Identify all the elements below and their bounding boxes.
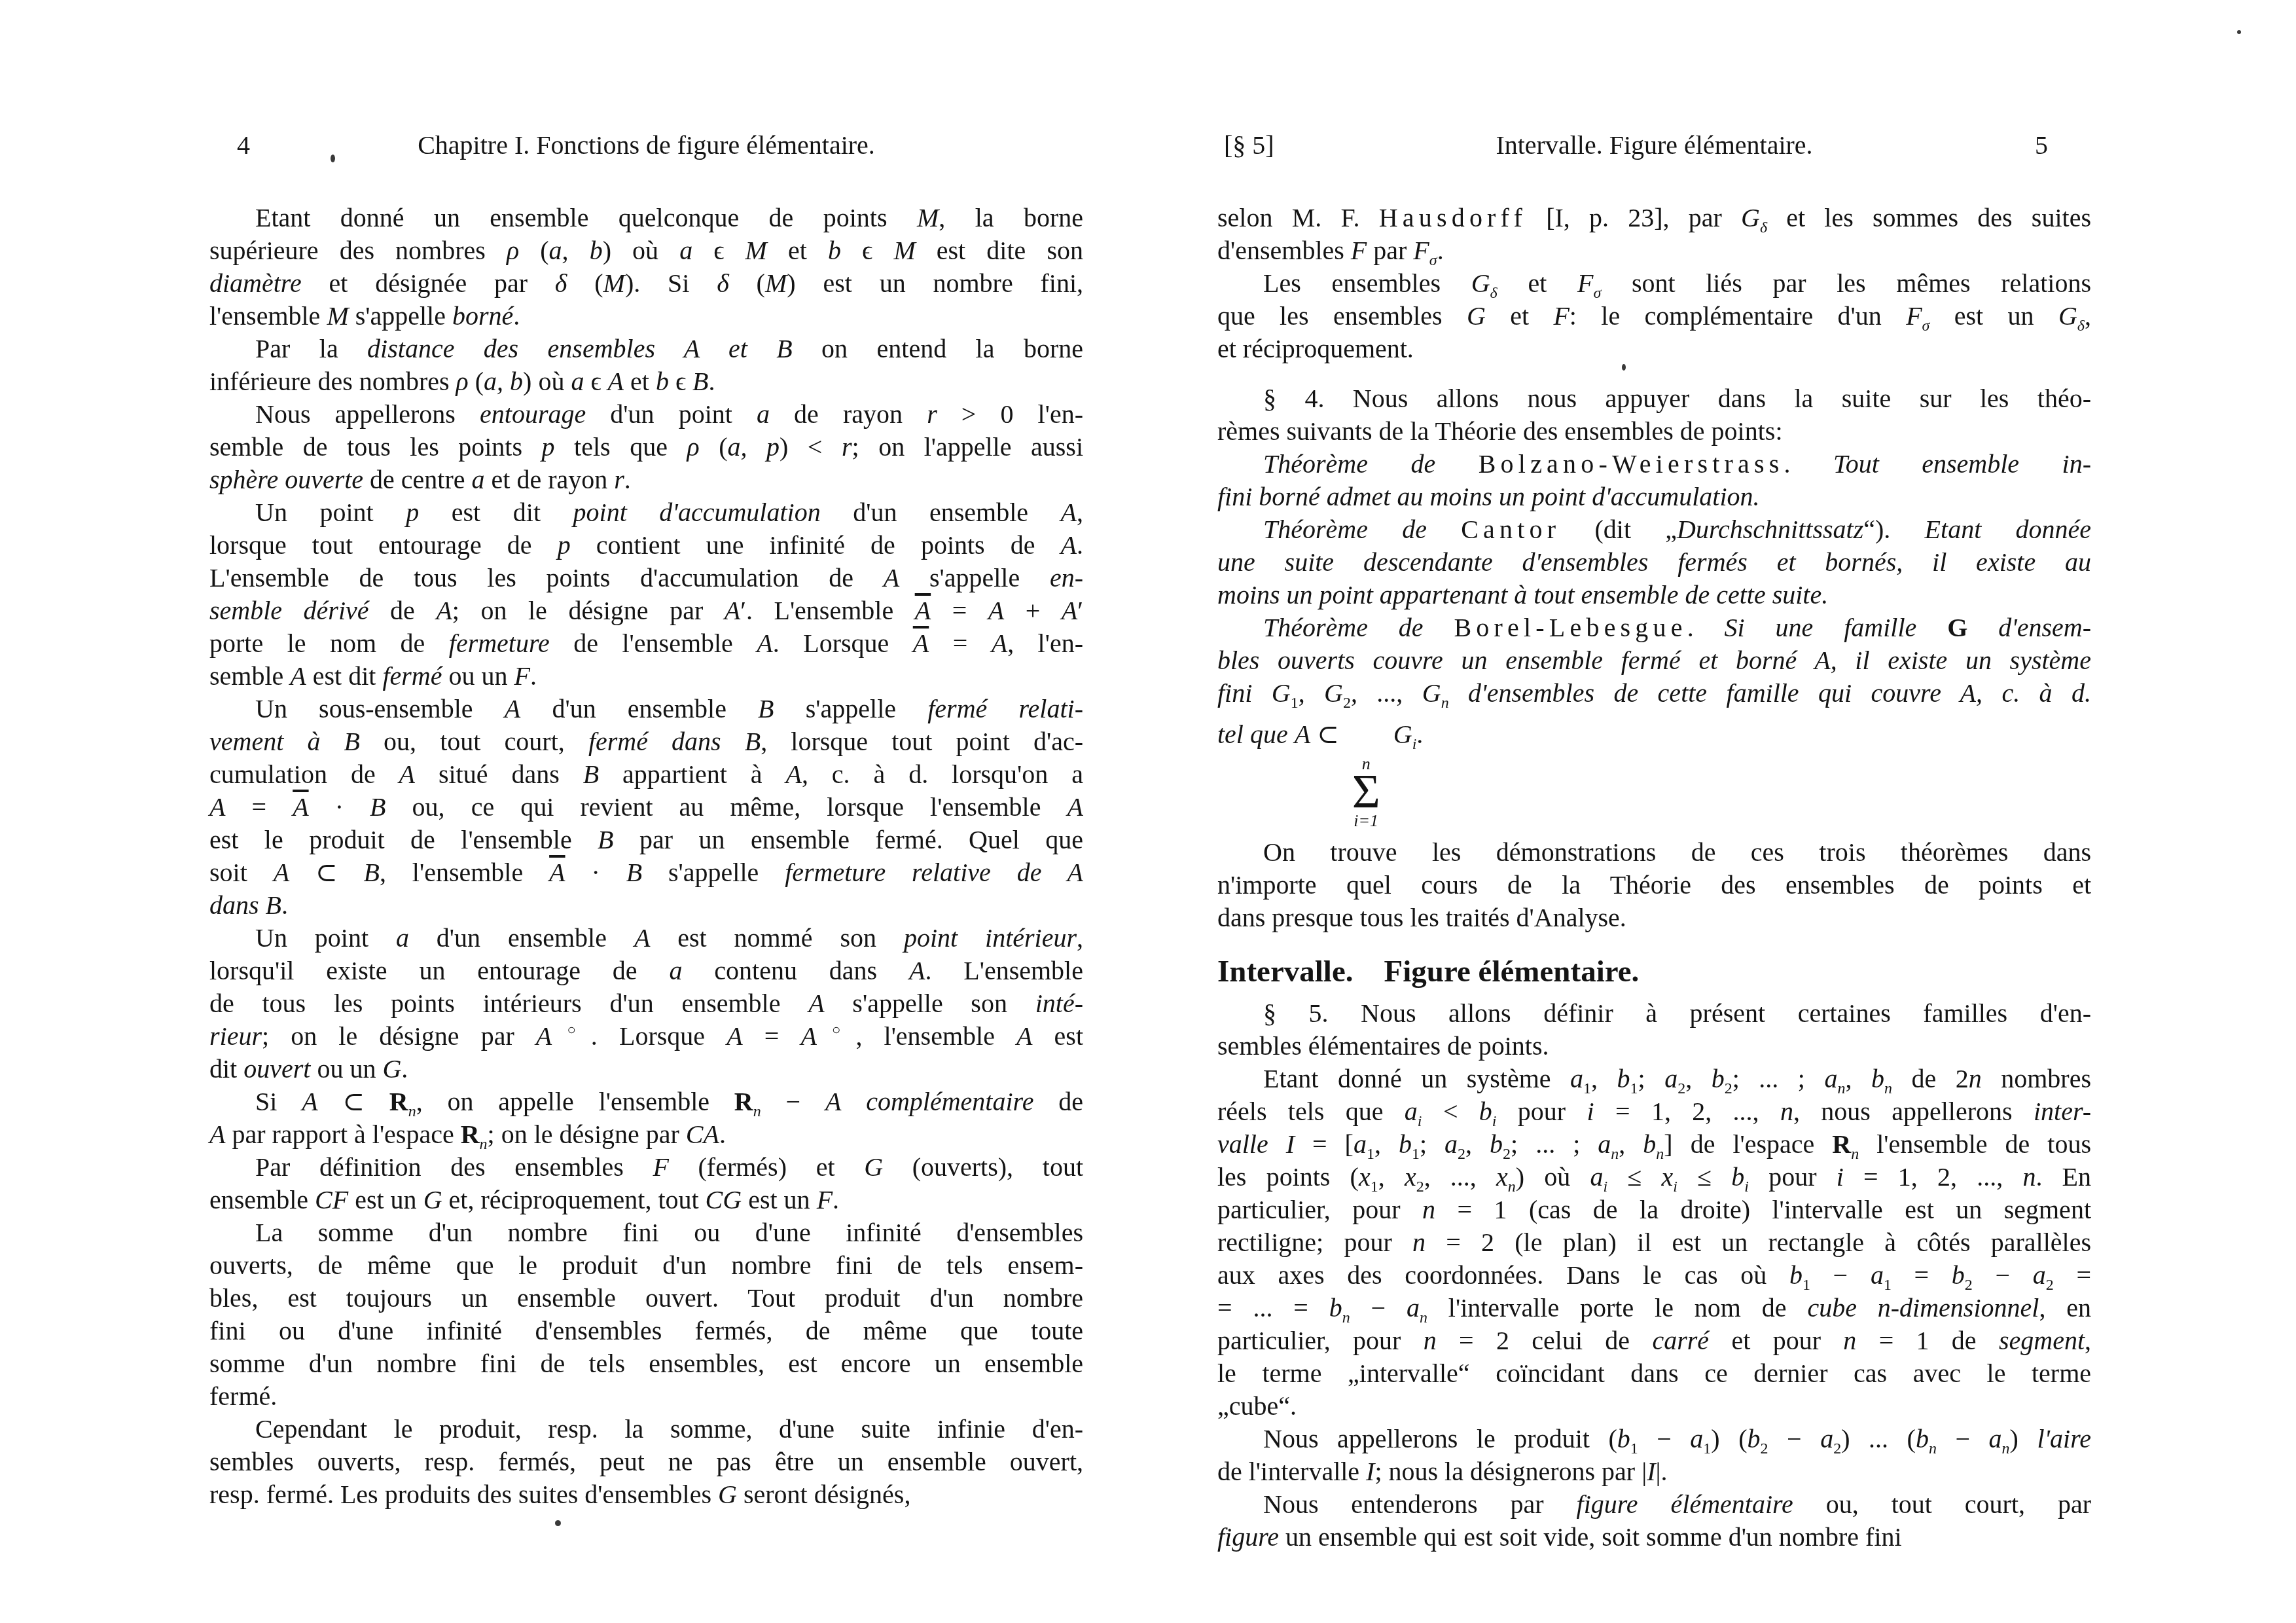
text-line: aux axes des coordonnées. Dans le cas où… — [1217, 1259, 2091, 1292]
text-line: Un point a d'un ensemble A est nommé son… — [209, 922, 1083, 955]
text-line: n'importe quel cours de la Théorie des e… — [1217, 869, 2091, 902]
text-line: l'ensemble M s'appelle borné. — [209, 300, 1083, 333]
text-line: fini G1, G2, ..., Gn d'ensembles de cett… — [1217, 677, 2091, 710]
text-line: L'ensemble de tous les points d'accumula… — [209, 562, 1083, 594]
text-line: et réciproquement. — [1217, 333, 2091, 365]
text-line: figure un ensemble qui est soit vide, so… — [1217, 1521, 2091, 1554]
text-line: Etant donné un système a1, b1; a2, b2; .… — [1217, 1063, 2091, 1095]
text-line: Cependant le produit, resp. la somme, d'… — [209, 1413, 1083, 1446]
text-line: d'ensembles F par Fσ. — [1217, 234, 2091, 267]
text-line: valle I = [a1, b1; a2, b2; ... ; an, bn]… — [1217, 1128, 2091, 1161]
text-line: A = A · B ou, ce qui revient au même, lo… — [209, 791, 1083, 824]
text-line: bles ouverts couvre un ensemble fermé et… — [1217, 644, 2091, 677]
right-page-body: selon M. F. Hausdorff [I, p. 23], par Gδ… — [1217, 202, 2091, 1554]
left-page: 4 Chapitre I. Fonctions de figure élémen… — [209, 0, 1083, 1623]
text-line: supérieure des nombres ρ (a, b) où a ϵ M… — [209, 234, 1083, 267]
right-running-head: [§ 5] Intervalle. Figure élémentaire. 5 — [1217, 128, 2091, 162]
section-heading: Intervalle. Figure élémentaire. — [1217, 951, 2091, 992]
text-line: semble de tous les points p tels que ρ (… — [209, 431, 1083, 464]
text-line: Nous appellerons entourage d'un point a … — [209, 398, 1083, 431]
text-line: lorsque tout entourage de p contient une… — [209, 529, 1083, 562]
text-line: Etant donné un ensemble quelconque de po… — [209, 202, 1083, 234]
text-line: diamètre et désignée par δ (M). Si δ (M)… — [209, 267, 1083, 300]
text-line: Nous appellerons le produit (b1 − a1) (b… — [1217, 1423, 2091, 1455]
text-line: une suite descendante d'ensembles fermés… — [1217, 546, 2091, 579]
scan-speck — [555, 1520, 561, 1526]
text-line: A par rapport à l'espace Rn; on le désig… — [209, 1118, 1083, 1151]
text-line: vement à B ou, tout court, fermé dans B,… — [209, 725, 1083, 758]
right-page: [§ 5] Intervalle. Figure élémentaire. 5 … — [1217, 0, 2091, 1623]
text-line: Théorème de Borel-Lebesgue. Si une famil… — [1217, 611, 2091, 644]
text-line: „cube“. — [1217, 1390, 2091, 1423]
scan-speck — [2237, 30, 2241, 34]
text-line: cumulation de A situé dans B appartient … — [209, 758, 1083, 791]
text-line: inférieure des nombres ρ (a, b) où a ϵ A… — [209, 365, 1083, 398]
text-line: dans presque tous les traités d'Analyse. — [1217, 902, 2091, 934]
text-line: de l'intervalle I; nous la désignerons p… — [1217, 1455, 2091, 1488]
text-line: rieur; on le désigne par A○. Lorsque A =… — [209, 1020, 1083, 1053]
text-line: Par définition des ensembles F (fermés) … — [209, 1151, 1083, 1184]
text-line: sembles élémentaires de points. — [1217, 1030, 2091, 1063]
text-line: § 5. Nous allons définir à présent certa… — [1217, 997, 2091, 1030]
text-line: de tous les points intérieurs d'un ensem… — [209, 987, 1083, 1020]
text-line: ouverts, de même que le produit d'un nom… — [209, 1249, 1083, 1282]
text-line: somme d'un nombre fini de tels ensembles… — [209, 1347, 1083, 1380]
text-line: Théorème de Bolzano-Weierstrass. Tout en… — [1217, 448, 2091, 481]
text-line: fini ou d'une infinité d'ensembles fermé… — [209, 1315, 1083, 1347]
text-line: bles, est toujours un ensemble ouvert. T… — [209, 1282, 1083, 1315]
text-line: Si A ⊂ Rn, on appelle l'ensemble Rn − A … — [209, 1085, 1083, 1118]
text-line: tel que A ⊂ nΣi=1 Gi. — [1217, 710, 2091, 836]
text-line: porte le nom de fermeture de l'ensemble … — [209, 627, 1083, 660]
left-running-head: 4 Chapitre I. Fonctions de figure élémen… — [209, 128, 1083, 162]
scan-speck — [1622, 364, 1626, 371]
text-line: Théorème de Cantor (dit „Durchschnittssa… — [1217, 513, 2091, 546]
text-line: rectiligne; pour n = 2 (le plan) il est … — [1217, 1226, 2091, 1259]
right-running-title: Intervalle. Figure élémentaire. — [1217, 128, 2091, 162]
text-line: dans B. — [209, 889, 1083, 922]
text-line: soit A ⊂ B, l'ensemble A · B s'appelle f… — [209, 856, 1083, 889]
text-line: moins un point appartenant à tout ensemb… — [1217, 579, 2091, 611]
text-line: réels tels que ai < bi pour i = 1, 2, ..… — [1217, 1095, 2091, 1128]
text-line: selon M. F. Hausdorff [I, p. 23], par Gδ… — [1217, 202, 2091, 234]
text-line: = ... = bn − an l'intervalle porte le no… — [1217, 1292, 2091, 1324]
text-line: particulier, pour n = 2 celui de carré e… — [1217, 1324, 2091, 1357]
book-scan: 4 Chapitre I. Fonctions de figure élémen… — [0, 0, 2296, 1623]
text-line: semble dérivé de A; on le désigne par A′… — [209, 594, 1083, 627]
text-line: dit ouvert ou un G. — [209, 1053, 1083, 1085]
text-line: Par la distance des ensembles A et B on … — [209, 333, 1083, 365]
text-line: Un sous-ensemble A d'un ensemble B s'app… — [209, 693, 1083, 725]
text-line: Nous entenderons par figure élémentaire … — [1217, 1488, 2091, 1521]
text-line: est le produit de l'ensemble B par un en… — [209, 824, 1083, 856]
right-page-number: 5 — [2035, 128, 2048, 162]
text-line: particulier, pour n = 1 (cas de la droit… — [1217, 1194, 2091, 1226]
text-line: On trouve les démonstrations de ces troi… — [1217, 836, 2091, 869]
text-line: semble A est dit fermé ou un F. — [209, 660, 1083, 693]
text-line: Les ensembles Gδ et Fσ sont liés par les… — [1217, 267, 2091, 300]
scan-speck — [331, 155, 335, 162]
left-page-body: Etant donné un ensemble quelconque de po… — [209, 202, 1083, 1511]
text-line: les points (x1, x2, ..., xn) où ai ≤ xi … — [1217, 1161, 2091, 1194]
text-line: resp. fermé. Les produits des suites d'e… — [209, 1478, 1083, 1511]
text-line: sphère ouverte de centre a et de rayon r… — [209, 464, 1083, 496]
text-line: lorsqu'il existe un entourage de a conte… — [209, 955, 1083, 987]
text-line: sembles ouverts, resp. fermés, peut ne p… — [209, 1446, 1083, 1478]
text-line: fermé. — [209, 1380, 1083, 1413]
text-line: rèmes suivants de la Théorie des ensembl… — [1217, 415, 2091, 448]
text-line: fini borné admet au moins un point d'acc… — [1217, 481, 2091, 513]
text-line: ensemble CF est un G et, réciproquement,… — [209, 1184, 1083, 1216]
text-line: que les ensembles G et F: le complémenta… — [1217, 300, 2091, 333]
text-line: La somme d'un nombre fini ou d'une infin… — [209, 1216, 1083, 1249]
text-line: Un point p est dit point d'accumulation … — [209, 496, 1083, 529]
text-line: § 4. Nous allons nous appuyer dans la su… — [1217, 382, 2091, 415]
left-running-title: Chapitre I. Fonctions de figure élémenta… — [209, 128, 1083, 162]
text-line: le terme „intervalle“ coïncidant dans ce… — [1217, 1357, 2091, 1390]
